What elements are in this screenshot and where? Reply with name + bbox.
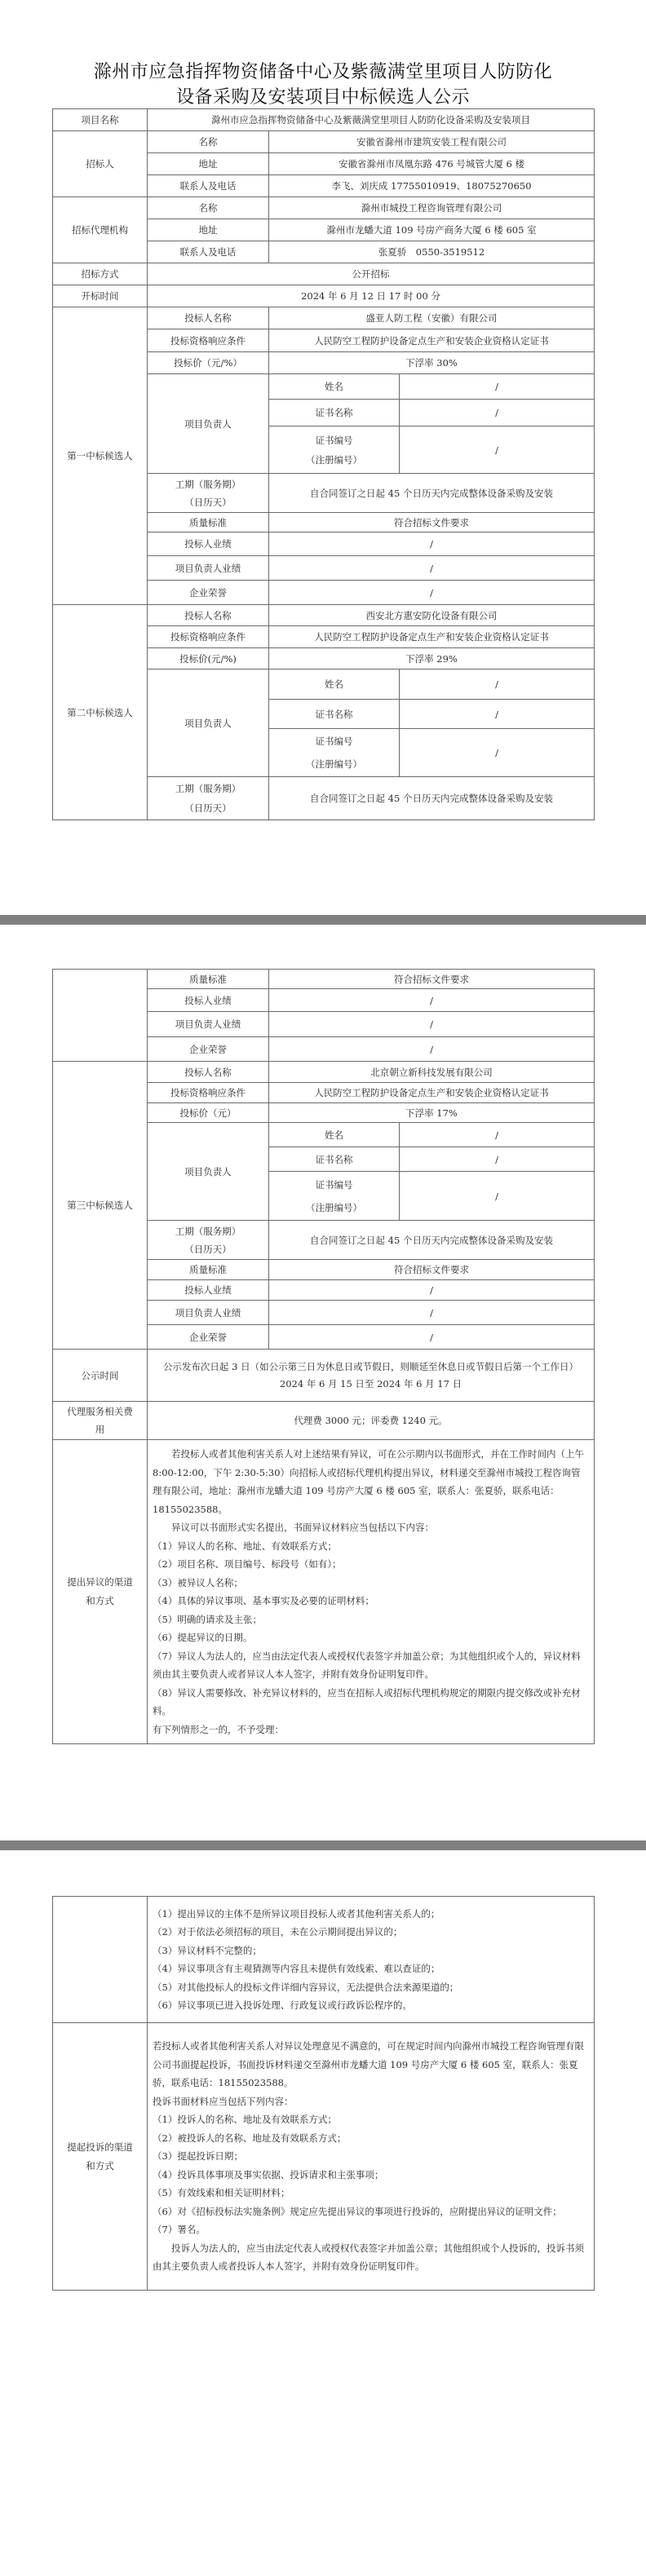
row-publicity: 公示时间 公示发布次日起 3 日（如公示第三日为休息日或节假日，则顺延至休息日或…	[53, 1350, 595, 1402]
c1-label-cert-no-1: 证书编号	[272, 431, 396, 450]
row-open-time: 开标时间 2024 年 6 月 12 日 17 时 00 分	[53, 285, 595, 307]
c1-label-cert-name: 证书名称	[269, 400, 400, 426]
c1-label-bidder-perf: 投标人业绩	[148, 532, 269, 556]
value-objection-reject: （1）提出异议的主体不是所异议项目投标人或者其他利害关系人的； （2）对于依法必…	[148, 1897, 595, 2023]
c1-label-period-1: 工期（服务期）	[151, 475, 265, 493]
c3-value-cert-name: /	[400, 1147, 595, 1172]
c2-value-bidder-name: 西安北方惠安防化设备有限公司	[269, 605, 595, 626]
c3-row-bidder-name: 第三中标候选人 投标人名称 北京朝立新科技发展有限公司	[53, 1062, 595, 1083]
c2-value-manager-name: /	[400, 669, 595, 700]
c1-value-bidder-name: 盛亚人防工程（安徽）有限公司	[269, 307, 595, 329]
objection-item: （7）异议人为法人的，应当由法定代表人或授权代表签字并加盖公章；为其他组织或个人…	[153, 1647, 589, 1684]
c2-value-price: 下浮率 29%	[269, 648, 595, 669]
label-complaint: 提起投诉的渠道 和方式	[53, 2023, 148, 2291]
title-line-1: 滁州市应急指挥物资储备中心及紫薇满堂里项目人防防化	[0, 60, 646, 85]
page-2: 质量标准 符合招标文件要求 投标人业绩 / 项目负责人业绩 / 企业荣誉 / 第…	[0, 925, 646, 1840]
c2-value-cert-no: /	[400, 729, 595, 777]
c2-value-manager-perf: /	[269, 1012, 595, 1037]
c2-value-cert-name: /	[400, 700, 595, 729]
value-tenderer-name: 安徽省滁州市建筑安装工程有限公司	[269, 131, 595, 153]
c1-label-cert-no-2: （注册编号）	[272, 450, 396, 470]
c2-label-cert-name: 证书名称	[269, 700, 400, 729]
c1-label-manager: 项目负责人	[148, 374, 269, 474]
label-tenderer-address: 地址	[148, 153, 269, 175]
value-objection: 若投标人或者其他利害关系人对上述结果有异议，可在公示期内以书面形式，并在工作时间…	[148, 1440, 595, 1744]
c3-value-period: 自合同签订之日起 45 个日历天内完成整体设备采购及安装	[269, 1221, 595, 1260]
objection-requirement-intro: 异议可以书面形式实名提出，书面异议材料应当包括以下内容：	[153, 1518, 589, 1537]
complaint-item: （1）投诉人的名称、地址及有效联系方式；	[153, 2110, 589, 2129]
c1-label-honor: 企业荣誉	[148, 581, 269, 605]
info-table-page-1: 项目名称 滁州市应急指挥物资储备中心及紫薇满堂里项目人防防化设备采购及安装项目 …	[52, 108, 595, 820]
row-objection-reject: （1）提出异议的主体不是所异议项目投标人或者其他利害关系人的； （2）对于依法必…	[53, 1897, 595, 2023]
row-agency-name: 招标代理机构 名称 滁州市城投工程咨询管理有限公司	[53, 197, 595, 219]
value-open-time: 2024 年 6 月 12 日 17 时 00 分	[148, 285, 595, 307]
objection-intro: 若投标人或者其他利害关系人对上述结果有异议，可在公示期内以书面形式，并在工作时间…	[153, 1445, 589, 1518]
c2-label-qualification: 投标资格响应条件	[148, 626, 269, 648]
value-complaint: 若投标人或者其他利害关系人对异议处理意见不满意的，可在规定时间内向滁州市城投工程…	[148, 2023, 595, 2291]
c2-rank-continued	[53, 970, 148, 1062]
label-agency-address: 地址	[148, 219, 269, 241]
label-agency: 招标代理机构	[53, 197, 148, 263]
value-agency-name: 滁州市城投工程咨询管理有限公司	[269, 197, 595, 219]
c1-value-quality: 符合招标文件要求	[269, 513, 595, 532]
c3-label-honor: 企业荣誉	[148, 1325, 269, 1350]
c3-label-quality: 质量标准	[148, 1260, 269, 1280]
value-agency-address: 滁州市龙蟠大道 109 号房产商务大厦 6 楼 605 室	[269, 219, 595, 241]
complaint-intro: 若投标人或者其他利害关系人对异议处理意见不满意的，可在规定时间内向滁州市城投工程…	[153, 2037, 589, 2092]
value-tenderer-contact: 李飞、刘庆成 17755010919、18075270650	[269, 175, 595, 197]
complaint-closing: 投诉人为法人的，应当由法定代表人或授权代表签字并加盖公章；其他组织或个人投诉的，…	[153, 2239, 589, 2276]
value-project-name: 滁州市应急指挥物资储备中心及紫薇满堂里项目人防防化设备采购及安装项目	[148, 109, 595, 131]
c2-label-cert-no: 证书编号 （注册编号）	[269, 729, 400, 777]
label-agency-name: 名称	[148, 197, 269, 219]
c3-label-cert-no: 证书编号 （注册编号）	[269, 1172, 400, 1221]
objection-item: （2）项目名称、项目编号、标段号（如有）；	[153, 1555, 589, 1574]
c3-label-cert-no-2: （注册编号）	[272, 1196, 396, 1219]
c1-rank-label: 第一中标候选人	[53, 307, 148, 605]
c1-label-price: 投标价（元/%）	[148, 352, 269, 374]
reject-item: （1）提出异议的主体不是所异议项目投标人或者其他利害关系人的；	[153, 1905, 589, 1924]
c2-label-person-name: 姓名	[269, 669, 400, 700]
label-complaint-1: 提起投诉的渠道	[56, 2138, 144, 2157]
c3-value-qualification: 人民防空工程防护设备定点生产和安装企业资格认定证书	[269, 1083, 595, 1103]
c2-rank-label: 第二中标候选人	[53, 605, 148, 820]
reject-item: （5）对其他投标人的投标文件详细内容异议，无法提供合法来源渠道的；	[153, 1978, 589, 1997]
row-complaint: 提起投诉的渠道 和方式 若投标人或者其他利害关系人对异议处理意见不满意的，可在规…	[53, 2023, 595, 2291]
c2-value-quality: 符合招标文件要求	[269, 970, 595, 989]
c3-rank-label: 第三中标候选人	[53, 1062, 148, 1350]
publicity-line-2: 2024 年 6 月 15 日至 2024 年 6 月 17 日	[151, 1376, 591, 1393]
label-objection-continued	[53, 1897, 148, 2023]
c1-label-quality: 质量标准	[148, 513, 269, 532]
c1-label-person-name: 姓名	[269, 374, 400, 400]
c1-value-honor: /	[269, 581, 595, 605]
label-objection-2: 和方式	[56, 1592, 144, 1611]
reject-item: （3）异议材料不完整的；	[153, 1942, 589, 1960]
c3-label-price: 投标价（元）	[148, 1103, 269, 1123]
page-separator-1	[0, 915, 646, 925]
c2-value-honor: /	[269, 1037, 595, 1062]
complaint-item: （3）提起投诉日期；	[153, 2147, 589, 2166]
objection-item: （8）异议人需要修改、补充异议材料的，应当在招标人或招标代理机构规定的期限内提交…	[153, 1684, 589, 1721]
c3-label-period-1: 工期（服务期）	[151, 1222, 265, 1240]
label-method: 招标方式	[53, 263, 148, 285]
c1-label-period: 工期（服务期） （日历天）	[148, 474, 269, 513]
objection-reject-intro: 有下列情形之一的，不予受理：	[153, 1721, 589, 1739]
objection-item: （3）被异议人名称；	[153, 1574, 589, 1593]
objection-item: （5）明确的请求及主张；	[153, 1611, 589, 1629]
c2-label-period-2: （日历天）	[151, 798, 265, 818]
label-tenderer-name: 名称	[148, 131, 269, 153]
label-complaint-2: 和方式	[56, 2157, 144, 2176]
c3-value-cert-no: /	[400, 1172, 595, 1221]
c3-label-bidder-name: 投标人名称	[148, 1062, 269, 1083]
c2-row-bidder-name: 第二中标候选人 投标人名称 西安北方惠安防化设备有限公司	[53, 605, 595, 626]
label-agency-contact: 联系人及电话	[148, 241, 269, 263]
c2-label-cert-no-1: 证书编号	[272, 730, 396, 753]
c1-row-bidder-name: 第一中标候选人 投标人名称 盛亚人防工程（安徽）有限公司	[53, 307, 595, 329]
complaint-item: （7）署名。	[153, 2220, 589, 2239]
c1-value-cert-name: /	[400, 400, 595, 426]
c3-value-manager-perf: /	[269, 1301, 595, 1325]
label-objection: 提出异议的渠道 和方式	[53, 1440, 148, 1744]
c1-label-cert-no: 证书编号 （注册编号）	[269, 426, 400, 474]
c2-label-manager: 项目负责人	[148, 669, 269, 777]
reject-item: （2）对于依法必须招标的项目，未在公示期间提出异议的；	[153, 1923, 589, 1942]
c1-label-period-2: （日历天）	[151, 493, 265, 511]
c3-value-manager-name: /	[400, 1123, 595, 1147]
c2-label-cert-no-2: （注册编号）	[272, 753, 396, 775]
c3-label-cert-no-1: 证书编号	[272, 1173, 396, 1196]
title-line-2: 设备采购及安装项目中标候选人公示	[0, 85, 646, 110]
label-tenderer: 招标人	[53, 131, 148, 197]
document-title: 滁州市应急指挥物资储备中心及紫薇满堂里项目人防防化 设备采购及安装项目中标候选人…	[0, 60, 646, 110]
c2-value-period: 自合同签订之日起 45 个日历天内完成整体设备采购及安装	[269, 777, 595, 820]
c2-label-quality: 质量标准	[148, 970, 269, 989]
c2-label-period: 工期（服务期） （日历天）	[148, 777, 269, 820]
c2-label-honor: 企业荣誉	[148, 1037, 269, 1062]
publicity-line-1: 公示发布次日起 3 日（如公示第三日为休息日或节假日，则顺延至休息日或节假日后第…	[151, 1359, 591, 1376]
c3-label-qualification: 投标资格响应条件	[148, 1083, 269, 1103]
objection-item: （6）提起异议的日期。	[153, 1628, 589, 1647]
row-objection: 提出异议的渠道 和方式 若投标人或者其他利害关系人对上述结果有异议，可在公示期内…	[53, 1440, 595, 1744]
c3-value-honor: /	[269, 1325, 595, 1350]
c3-label-cert-name: 证书名称	[269, 1147, 400, 1172]
value-method: 公开招标	[148, 263, 595, 285]
c2-value-qualification: 人民防空工程防护设备定点生产和安装企业资格认定证书	[269, 626, 595, 648]
row-project-name: 项目名称 滁州市应急指挥物资储备中心及紫薇满堂里项目人防防化设备采购及安装项目	[53, 109, 595, 131]
complaint-item: （2）被投诉人的名称、地址及有效联系方式；	[153, 2129, 589, 2148]
c3-label-period: 工期（服务期） （日历天）	[148, 1221, 269, 1260]
value-agency-contact: 张夏骄 0550-3519512	[269, 241, 595, 263]
c2-label-bidder-name: 投标人名称	[148, 605, 269, 626]
label-tenderer-contact: 联系人及电话	[148, 175, 269, 197]
label-fees-1: 代理服务相关费	[56, 1403, 144, 1421]
label-publicity: 公示时间	[53, 1350, 148, 1402]
c3-value-price: 下浮率 17%	[269, 1103, 595, 1123]
label-project-name: 项目名称	[53, 109, 148, 131]
c1-value-bidder-perf: /	[269, 532, 595, 556]
label-fees: 代理服务相关费 用	[53, 1402, 148, 1440]
c3-value-quality: 符合招标文件要求	[269, 1260, 595, 1280]
row-fees: 代理服务相关费 用 代理费 3000 元；评委费 1240 元。	[53, 1402, 595, 1440]
page-1: 滁州市应急指挥物资储备中心及紫薇满堂里项目人防防化 设备采购及安装项目中标候选人…	[0, 0, 646, 915]
c1-value-manager-name: /	[400, 374, 595, 400]
row-method: 招标方式 公开招标	[53, 263, 595, 285]
c2-label-period-1: 工期（服务期）	[151, 779, 265, 798]
c2-row-quality: 质量标准 符合招标文件要求	[53, 970, 595, 989]
page-3: （1）提出异议的主体不是所异议项目投标人或者其他利害关系人的； （2）对于依法必…	[0, 1850, 646, 2576]
label-objection-1: 提出异议的渠道	[56, 1573, 144, 1592]
c1-label-manager-perf: 项目负责人业绩	[148, 556, 269, 581]
c2-label-bidder-perf: 投标人业绩	[148, 989, 269, 1012]
c3-value-bidder-name: 北京朝立新科技发展有限公司	[269, 1062, 595, 1083]
complaint-requirement-intro: 投诉书面材料应当包括下列内容：	[153, 2092, 589, 2111]
row-tenderer-name: 招标人 名称 安徽省滁州市建筑安装工程有限公司	[53, 131, 595, 153]
c1-value-price: 下浮率 30%	[269, 352, 595, 374]
c3-value-bidder-perf: /	[269, 1280, 595, 1301]
c1-label-qualification: 投标资格响应条件	[148, 329, 269, 352]
label-fees-2: 用	[56, 1421, 144, 1438]
c3-label-bidder-perf: 投标人业绩	[148, 1280, 269, 1301]
info-table-page-3: （1）提出异议的主体不是所异议项目投标人或者其他利害关系人的； （2）对于依法必…	[52, 1896, 595, 2291]
c1-value-manager-perf: /	[269, 556, 595, 581]
complaint-item: （5）有效线索和相关证明材料；	[153, 2184, 589, 2203]
c3-label-person-name: 姓名	[269, 1123, 400, 1147]
c1-label-bidder-name: 投标人名称	[148, 307, 269, 329]
value-fees: 代理费 3000 元；评委费 1240 元。	[148, 1402, 595, 1440]
objection-item: （1）异议人的名称、地址、有效联系方式；	[153, 1537, 589, 1556]
complaint-item: （6）对《招标投标法实施条例》规定应先提出异议的事项进行投诉的，应附提出异议的证…	[153, 2203, 589, 2221]
c2-label-manager-perf: 项目负责人业绩	[148, 1012, 269, 1037]
c3-label-manager-perf: 项目负责人业绩	[148, 1301, 269, 1325]
c1-value-qualification: 人民防空工程防护设备定点生产和安装企业资格认定证书	[269, 329, 595, 352]
reject-item: （6）异议事项已进入投诉处理、行政复议或行政诉讼程序的。	[153, 1996, 589, 2015]
label-open-time: 开标时间	[53, 285, 148, 307]
c3-label-manager: 项目负责人	[148, 1123, 269, 1221]
info-table-page-2: 质量标准 符合招标文件要求 投标人业绩 / 项目负责人业绩 / 企业荣誉 / 第…	[52, 969, 595, 1744]
reject-item: （4）异议事项含有主观猜测等内容且未提供有效线索、难以查证的；	[153, 1960, 589, 1978]
value-publicity: 公示发布次日起 3 日（如公示第三日为休息日或节假日，则顺延至休息日或节假日后第…	[148, 1350, 595, 1402]
value-tenderer-address: 安徽省滁州市凤凰东路 476 号城管大厦 6 楼	[269, 153, 595, 175]
c1-value-cert-no: /	[400, 426, 595, 474]
c3-label-period-2: （日历天）	[151, 1240, 265, 1258]
complaint-item: （4）投诉具体事项及事实依据、投诉请求和主张事项；	[153, 2166, 589, 2185]
c1-value-period: 自合同签订之日起 45 个日历天内完成整体设备采购及安装	[269, 474, 595, 513]
c2-value-bidder-perf: /	[269, 989, 595, 1012]
objection-item: （4）具体的异议事项、基本事实及必要的证明材料；	[153, 1592, 589, 1611]
c2-label-price: 投标价(元/%)	[148, 648, 269, 669]
page-separator-2	[0, 1840, 646, 1850]
